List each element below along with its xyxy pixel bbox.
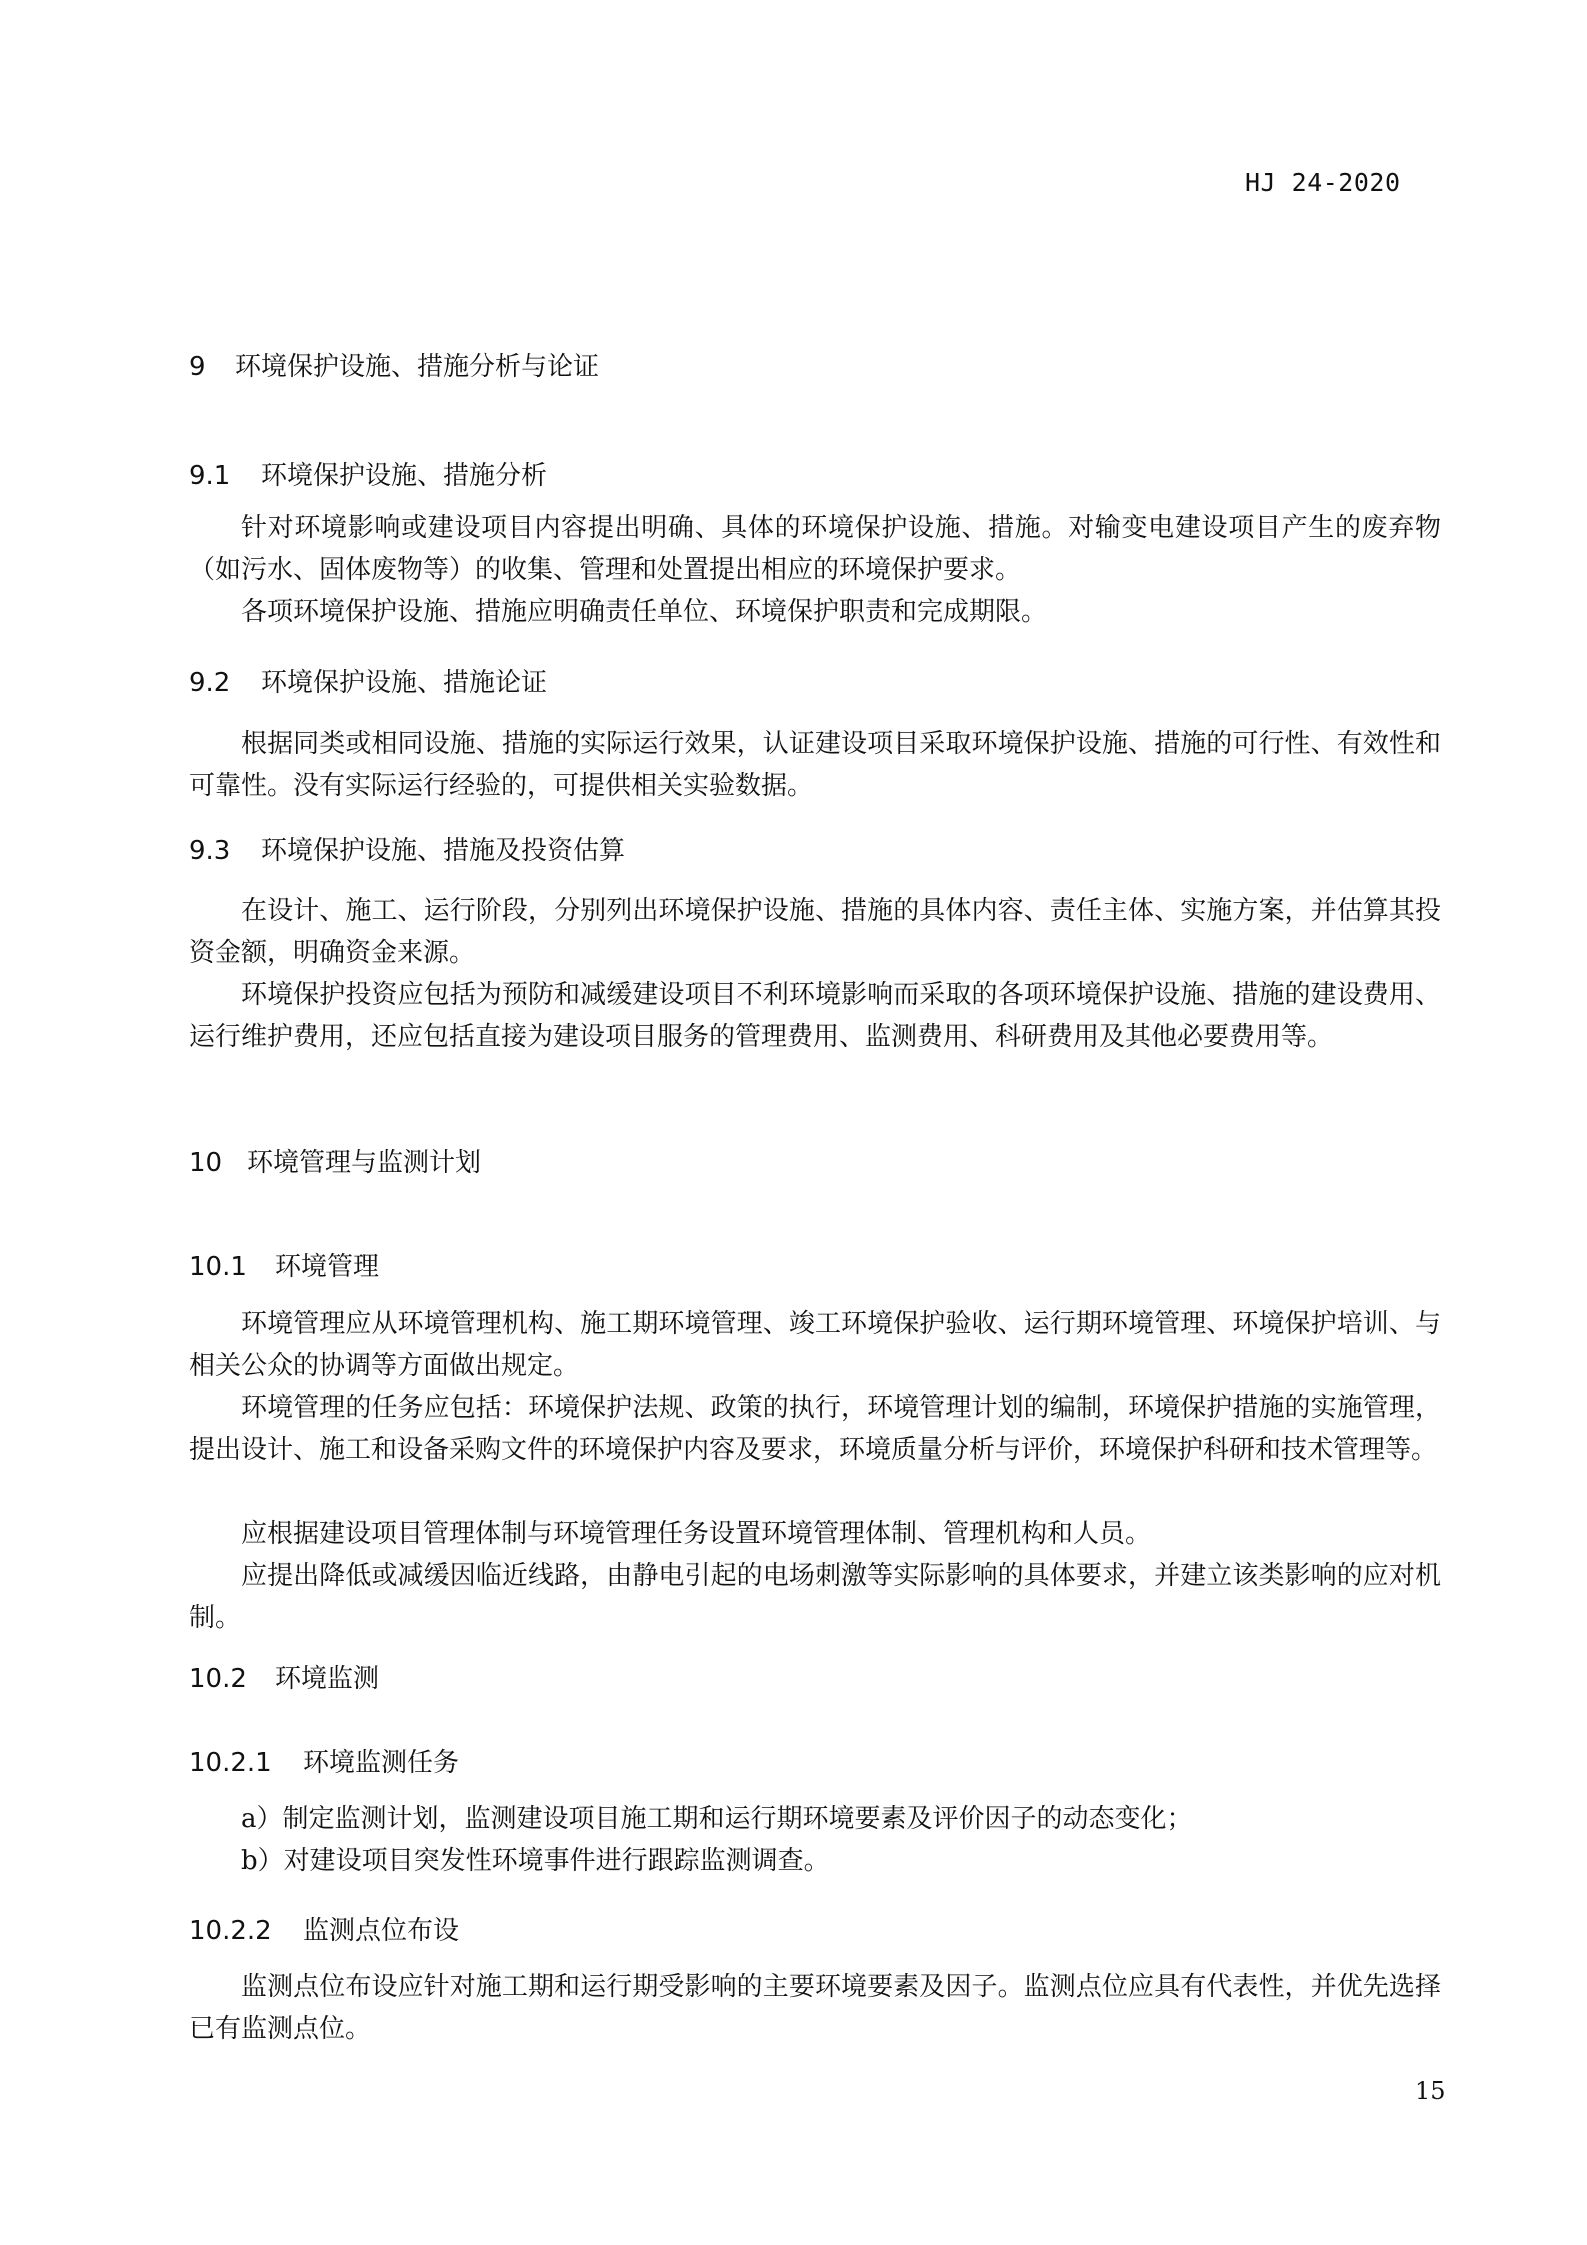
standard-code: HJ 24-2020 <box>1245 168 1401 197</box>
section-title: 环境监测 <box>275 1664 379 1694</box>
section-title: 环境管理与监测计划 <box>247 1148 481 1178</box>
section-number: 10.2.1 <box>189 1748 303 1778</box>
paragraph: 在设计、施工、运行阶段，分别列出环境保护设施、措施的具体内容、责任主体、实施方案… <box>189 890 1441 974</box>
section-heading-10-1: 10.1环境管理 <box>189 1246 379 1283</box>
section-heading-9-2: 9.2环境保护设施、措施论证 <box>189 662 547 699</box>
section-heading-9-3: 9.3环境保护设施、措施及投资估算 <box>189 830 625 867</box>
paragraph: 应提出降低或减缓因临近线路，由静电引起的电场刺激等实际影响的具体要求，并建立该类… <box>189 1555 1441 1639</box>
paragraph: 针对环境影响或建设项目内容提出明确、具体的环境保护设施、措施。对输变电建设项目产… <box>189 507 1441 591</box>
section-number: 9 <box>189 352 235 382</box>
section-title: 环境保护设施、措施论证 <box>261 668 547 698</box>
paragraph: 各项环境保护设施、措施应明确责任单位、环境保护职责和完成期限。 <box>189 591 1441 633</box>
section-title: 监测点位布设 <box>303 1916 459 1946</box>
paragraph: 环境保护投资应包括为预防和减缓建设项目不利环境影响而采取的各项环境保护设施、措施… <box>189 974 1441 1058</box>
section-number: 10.2.2 <box>189 1916 303 1946</box>
section-title: 环境监测任务 <box>303 1748 459 1778</box>
paragraph: 环境管理应从环境管理机构、施工期环境管理、竣工环境保护验收、运行期环境管理、环境… <box>189 1303 1441 1387</box>
section-number: 10 <box>189 1148 247 1178</box>
page-number: 15 <box>1415 2077 1446 2105</box>
paragraph: 根据同类或相同设施、措施的实际运行效果，认证建设项目采取环境保护设施、措施的可行… <box>189 723 1441 807</box>
paragraph: 环境管理的任务应包括：环境保护法规、政策的执行，环境管理计划的编制，环境保护措施… <box>189 1387 1441 1471</box>
list-item: a）制定监测计划，监测建设项目施工期和运行期环境要素及评价因子的动态变化； <box>189 1798 1441 1840</box>
section-number: 9.3 <box>189 836 261 866</box>
section-number: 10.1 <box>189 1252 275 1282</box>
list-item: b）对建设项目突发性环境事件进行跟踪监测调查。 <box>189 1840 1441 1882</box>
section-title: 环境管理 <box>275 1252 379 1282</box>
section-title: 环境保护设施、措施分析 <box>261 461 547 491</box>
section-heading-10-2: 10.2环境监测 <box>189 1658 379 1695</box>
section-number: 10.2 <box>189 1664 275 1694</box>
section-heading-10-2-2: 10.2.2监测点位布设 <box>189 1910 459 1947</box>
document-page: HJ 24-2020 9环境保护设施、措施分析与论证 9.1环境保护设施、措施分… <box>0 0 1587 2245</box>
section-heading-9: 9环境保护设施、措施分析与论证 <box>189 346 599 383</box>
section-number: 9.2 <box>189 668 261 698</box>
section-heading-10: 10环境管理与监测计划 <box>189 1142 481 1179</box>
section-heading-10-2-1: 10.2.1环境监测任务 <box>189 1742 459 1779</box>
section-heading-9-1: 9.1环境保护设施、措施分析 <box>189 455 547 492</box>
section-number: 9.1 <box>189 461 261 491</box>
section-title: 环境保护设施、措施分析与论证 <box>235 352 599 382</box>
paragraph: 监测点位布设应针对施工期和运行期受影响的主要环境要素及因子。监测点位应具有代表性… <box>189 1966 1441 2050</box>
section-title: 环境保护设施、措施及投资估算 <box>261 836 625 866</box>
paragraph: 应根据建设项目管理体制与环境管理任务设置环境管理体制、管理机构和人员。 <box>189 1513 1441 1555</box>
